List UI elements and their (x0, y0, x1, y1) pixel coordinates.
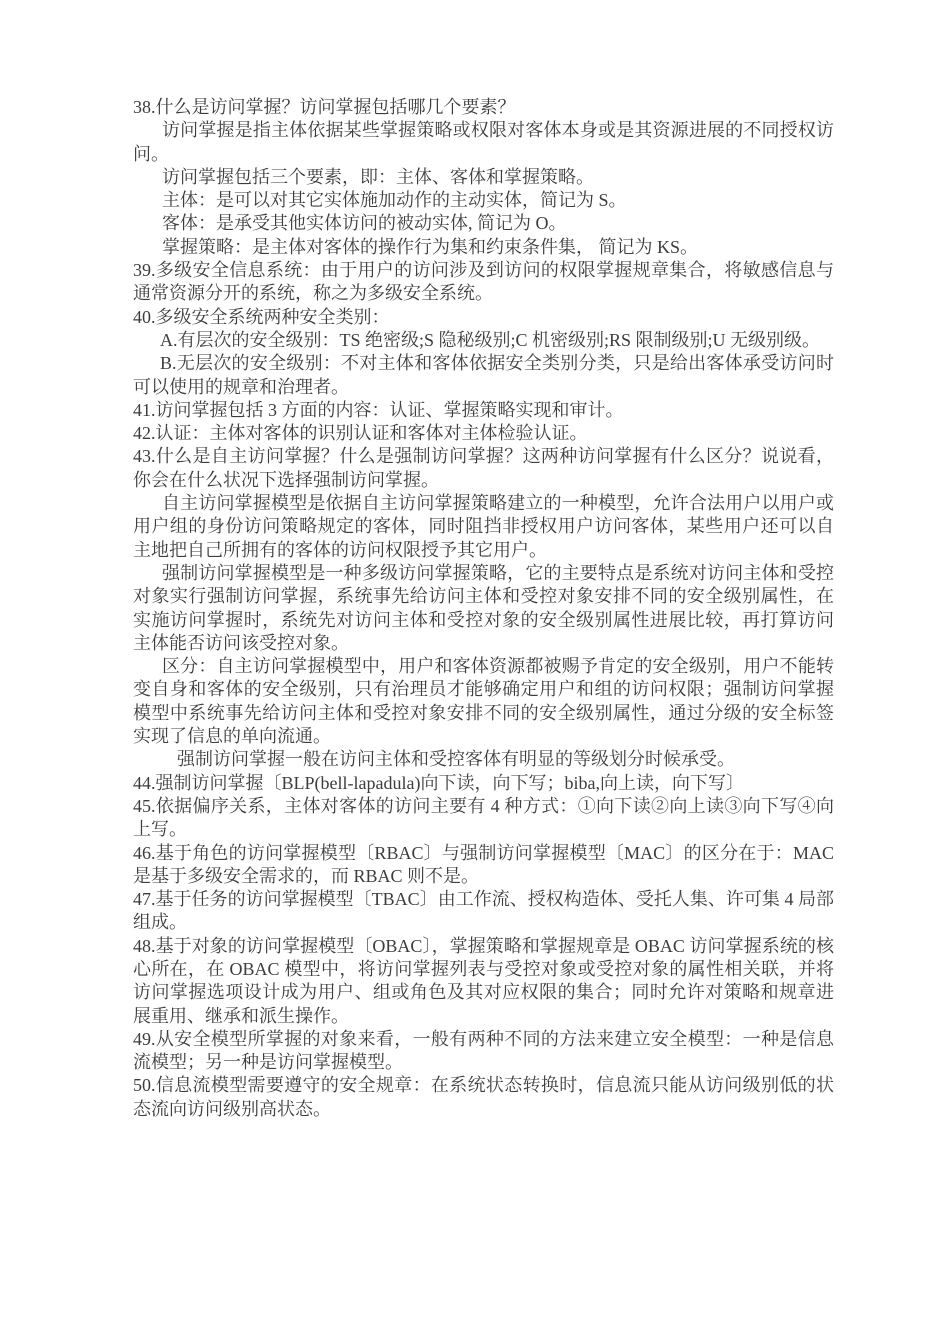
document-page: 38.什么是访问掌握？访问掌握包括哪几个要素？访问掌握是指主体依据某些掌握策略或… (0, 0, 950, 1344)
paragraph: 40.多级安全系统两种安全类别： (133, 306, 834, 329)
paragraph: 49.从安全模型所掌握的对象来看，一般有两种不同的方法来建立安全模型：一种是信息… (133, 1028, 834, 1075)
paragraph: 45.依据偏序关系，主体对客体的访问主要有 4 种方式：①向下读②向上读③向下写… (133, 795, 834, 842)
paragraph: 41.访问掌握包括 3 方面的内容：认证、掌握策略实现和审计。 (133, 399, 834, 422)
paragraph: 访问掌握包括三个要素，即：主体、客体和掌握策略。 (133, 166, 834, 189)
paragraph: 自主访问掌握模型是依据自主访问掌握策略建立的一种模型，允许合法用户以用户或用户组… (133, 492, 834, 562)
document-content: 38.什么是访问掌握？访问掌握包括哪几个要素？访问掌握是指主体依据某些掌握策略或… (133, 96, 834, 1121)
paragraph: 强制访问掌握模型是一种多级访问掌握策略，它的主要特点是系统对访问主体和受控对象实… (133, 562, 834, 655)
paragraph: 访问掌握是指主体依据某些掌握策略或权限对客体本身或是其资源进展的不同授权访问。 (133, 119, 834, 166)
paragraph: B.无层次的安全级别：不对主体和客体依据安全类别分类，只是给出客体承受访问时可以… (133, 352, 834, 399)
paragraph: 44.强制访问掌握〔BLP(bell-lapadula)向下读，向下写；biba… (133, 772, 834, 795)
paragraph: 强制访问掌握一般在访问主体和受控客体有明显的等级划分时候承受。 (133, 748, 834, 771)
paragraph: 48.基于对象的访问掌握模型〔OBAC〕，掌握策略和掌握规章是 OBAC 访问掌… (133, 935, 834, 1028)
paragraph: 47.基于任务的访问掌握模型〔TBAC〕由工作流、授权构造体、受托人集、许可集 … (133, 888, 834, 935)
paragraph: 38.什么是访问掌握？访问掌握包括哪几个要素？ (133, 96, 834, 119)
paragraph: 客体：是承受其他实体访问的被动实体, 简记为 O。 (133, 212, 834, 235)
paragraph: 掌握策略：是主体对客体的操作行为集和约束条件集， 简记为 KS。 (133, 236, 834, 259)
paragraph: 42.认证：主体对客体的识别认证和客体对主体检验认证。 (133, 422, 834, 445)
paragraph: 主体：是可以对其它实体施加动作的主动实体，简记为 S。 (133, 189, 834, 212)
paragraph: A.有层次的安全级别：TS 绝密级;S 隐秘级别;C 机密级别;RS 限制级别;… (133, 329, 834, 352)
paragraph: 50.信息流模型需要遵守的安全规章：在系统状态转换时，信息流只能从访问级别低的状… (133, 1074, 834, 1121)
paragraph: 46.基于角色的访问掌握模型〔RBAC〕与强制访问掌握模型〔MAC〕的区分在于：… (133, 842, 834, 889)
paragraph: 区分：自主访问掌握模型中，用户和客体资源都被赐予肯定的安全级别，用户不能转变自身… (133, 655, 834, 748)
paragraph: 39.多级安全信息系统：由于用户的访问涉及到访问的权限掌握规章集合，将敏感信息与… (133, 259, 834, 306)
paragraph: 43.什么是自主访问掌握？什么是强制访问掌握？这两种访问掌握有什么区分？说说看，… (133, 445, 834, 492)
